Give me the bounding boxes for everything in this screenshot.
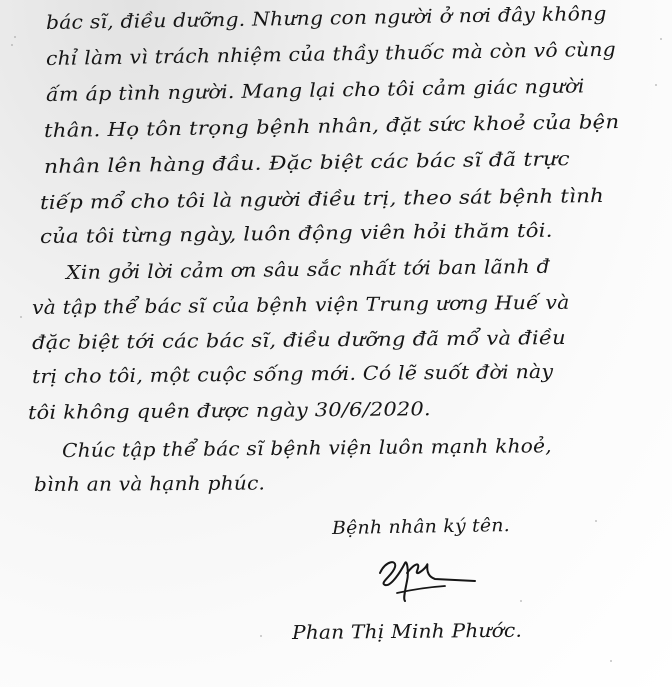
letter-line-8: Xin gởi lời cảm ơn sâu sắc nhất tới ban … (66, 256, 550, 284)
paper-speck (11, 44, 13, 46)
letter-line-10: đặc biệt tới các bác sĩ, điều dưỡng đã m… (32, 327, 566, 354)
paper-speck (260, 635, 262, 637)
letter-line-5: nhân lên hàng đầu. Đặc biệt các bác sĩ đ… (44, 148, 570, 178)
signature-label: Bệnh nhân ký tên. (332, 515, 510, 539)
paper-speck (14, 36, 16, 38)
letter-line-6: tiếp mổ cho tôi là người điều trị, theo … (40, 185, 604, 214)
signature-scribble-icon (375, 553, 485, 603)
letter-line-11: trị cho tôi, một cuộc sống mới. Có lẽ su… (32, 361, 553, 388)
paper-speck (660, 38, 662, 40)
paper-speck (655, 84, 657, 86)
letter-line-12: tôi không quên được ngày 30/6/2020. (28, 398, 431, 424)
letter-line-1: bác sĩ, điều dưỡng. Nhưng con người ở nơ… (46, 3, 607, 34)
paper-speck (610, 660, 612, 662)
letter-line-3: ấm áp tình người. Mang lại cho tôi cảm g… (46, 75, 585, 106)
letter-line-14: bình an và hạnh phúc. (34, 472, 265, 496)
signature-name: Phan Thị Minh Phước. (292, 620, 522, 644)
letter-line-9: và tập thể bác sĩ của bệnh viện Trung ươ… (32, 292, 570, 319)
letter-line-13: Chúc tập thể bác sĩ bệnh viện luôn mạnh … (62, 435, 552, 462)
paper-speck (595, 520, 597, 522)
paper-speck (20, 316, 22, 318)
letter-line-7: của tôi từng ngày, luôn động viên hỏi th… (40, 220, 553, 248)
paper-speck (520, 600, 522, 602)
letter-line-4: thân. Họ tôn trọng bệnh nhân, đặt sức kh… (44, 111, 620, 142)
letter-line-2: chỉ làm vì trách nhiệm của thầy thuốc mà… (46, 39, 616, 70)
handwritten-letter-page: bác sĩ, điều dưỡng. Nhưng con người ở nơ… (0, 0, 672, 687)
